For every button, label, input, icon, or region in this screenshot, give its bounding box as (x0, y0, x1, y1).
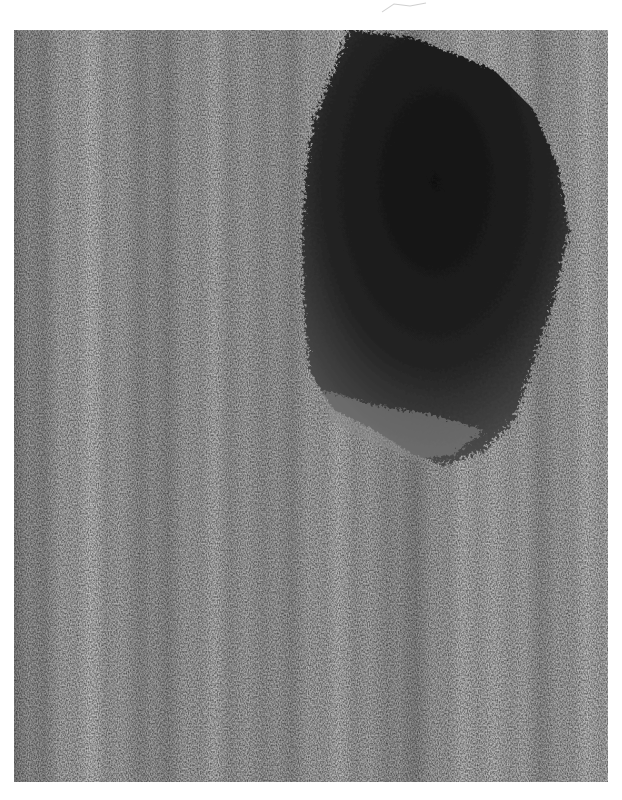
dark-object (14, 30, 608, 782)
scanned-page (14, 30, 608, 782)
stray-mark (380, 0, 430, 14)
